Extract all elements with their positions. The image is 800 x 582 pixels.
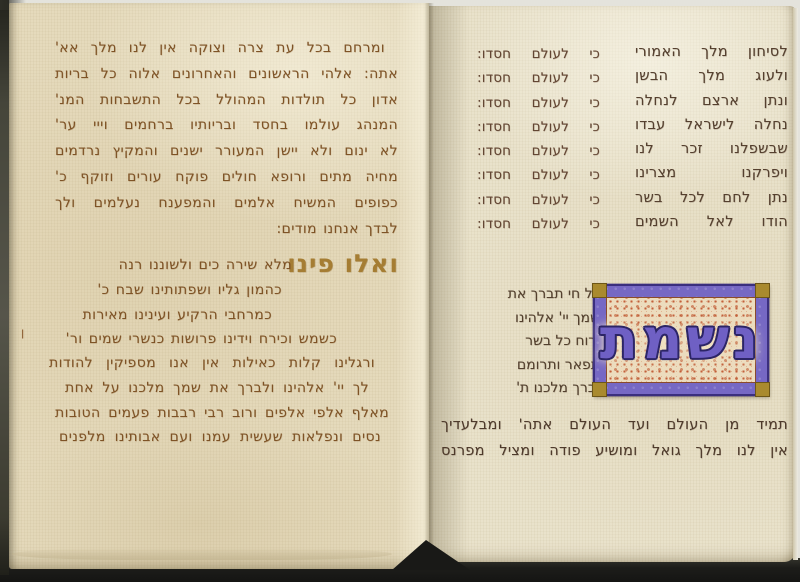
psalm-verse-line: נתן לחם לכל בשר	[635, 186, 788, 210]
gutter-shadow	[392, 540, 470, 570]
prayer-line: כשמש וכירח וידינו פרושות כנשרי שמים ור'	[66, 331, 337, 347]
refrain-line: כי לעולם חסדו:	[477, 188, 600, 212]
prayer-line: ורגלינו קלות כאילות אין אנו מספיקין להוד…	[49, 355, 375, 371]
nishmat-opening-text: כל חי תברך את שמך יי' אלהינו ורוח כל בשר…	[478, 283, 600, 401]
gold-corner	[592, 382, 607, 397]
nishmat-continuation-paragraph: ומרחם בכל עת צרה וצוקה אין לנו מלך אא' א…	[55, 36, 398, 242]
gold-corner	[755, 283, 770, 298]
prayer-line: זכרך מלכנו ת'	[478, 377, 600, 401]
psalm-verse-line: ונתן ארצם לנחלה	[635, 89, 788, 113]
right-page: לסיחון מלך האמורי ולעוג מלך הבשן ונתן אר…	[429, 6, 796, 562]
psalm-verse-line: ויפרקנו מצרינו	[635, 161, 788, 185]
manuscript-photo: ומרחם בכל עת צרה וצוקה אין לנו מלך אא' א…	[0, 0, 800, 582]
refrain-line: כי לעולם חסדו:	[477, 66, 600, 90]
gutter-crease	[424, 3, 434, 565]
prayer-line: אדון כל תולדות המהולל בכל התשבחות המנ'	[55, 88, 398, 114]
prayer-line: נסים ונפלאות שעשית עמנו ועם אבותינו מלפנ…	[59, 429, 381, 445]
psalm-verse-line: ולעוג מלך הבשן	[635, 64, 788, 88]
prayer-line: אתה: אלהי הראשונים והאחרונים אלוה כל ברי…	[55, 62, 398, 88]
psalm-136-refrain-column: כי לעולם חסדו: כי לעולם חסדו: כי לעולם ח…	[477, 42, 600, 236]
enlarged-opening-word: ואלו פינו	[287, 249, 399, 278]
prayer-line: כפופים המשיח אלמים והמפענח נעלמים ולך	[55, 191, 398, 217]
psalm-136-verse-column: לסיחון מלך האמורי ולעוג מלך הבשן ונתן אר…	[635, 40, 788, 234]
prayer-line: מחיה מתים ורופא חולים פוקח עורים וזוקף כ…	[55, 165, 398, 191]
prayer-line: תפאר ותרומם	[478, 354, 600, 378]
prayer-line: לבדך אנחנו מודים:	[55, 217, 398, 243]
refrain-line: כי לעולם חסדו:	[477, 163, 600, 187]
psalm-verse-line: נחלה לישראל עבדו	[635, 113, 788, 137]
psalm-verse-line: שבשפלנו זכר לנו	[635, 137, 788, 161]
prayer-line: ורוח כל בשר	[478, 330, 600, 354]
gold-corner	[592, 283, 607, 298]
refrain-line: כי לעולם חסדו:	[477, 212, 600, 236]
refrain-line: כי לעולם חסדו:	[477, 115, 600, 139]
prayer-line: אין לנו מלך גואל ומושיע פודה ומציל מפרנס	[441, 438, 788, 464]
prayer-line: מלא שירה כים ולשוננו רנה	[119, 257, 292, 273]
page-bottom-curve-shadow	[12, 548, 392, 560]
psalm-verse-line: לסיחון מלך האמורי	[635, 40, 788, 64]
prayer-line: המנהג עולמו בחסד ובריותיו ברחמים וייי ער…	[55, 113, 398, 139]
prayer-line: לא ינום ולא יישן המעורר ישנים והמקיץ נרד…	[55, 139, 398, 165]
refrain-line: כי לעולם חסדו:	[477, 91, 600, 115]
prayer-line: ומרחם בכל עת צרה וצוקה אין לנו מלך אא'	[55, 36, 398, 62]
filigree-field: נשמת	[606, 297, 756, 383]
illuminated-word: נשמת	[600, 298, 763, 382]
gold-corner	[755, 382, 770, 397]
prayer-line: כל חי תברך את	[478, 283, 600, 307]
fore-edge	[793, 8, 798, 560]
prayer-line: לך יי' אלהינו ולברך את שמך מלכנו על אחת	[65, 380, 369, 396]
psalm-verse-line: הודו לאל השמים	[635, 210, 788, 234]
book-cover-edge	[0, 0, 9, 575]
prayer-line: תמיד מן העולם ועד העולם אתה' ומבלעדיך	[441, 412, 788, 438]
left-page: ומרחם בכל עת צרה וצוקה אין לנו מלך אא' א…	[9, 3, 429, 569]
prayer-line: מאלף אלפי אלפים ורוב רבי רבבות פעמים הטו…	[55, 405, 389, 421]
prayer-line: כמרחבי הרקיע ועינינו מאירות	[83, 307, 273, 323]
marginal-mark: ן	[21, 325, 24, 339]
nishmat-closing-lines: תמיד מן העולם ועד העולם אתה' ומבלעדיך אי…	[441, 412, 788, 464]
prayer-line: כהמון גליו ושפתותינו שבח כ'	[97, 282, 282, 298]
prayer-line: שמך יי' אלהינו	[478, 307, 600, 331]
refrain-line: כי לעולם חסדו:	[477, 139, 600, 163]
refrain-line: כי לעולם חסדו:	[477, 42, 600, 66]
illuminated-word-panel: נשמת	[593, 284, 769, 396]
